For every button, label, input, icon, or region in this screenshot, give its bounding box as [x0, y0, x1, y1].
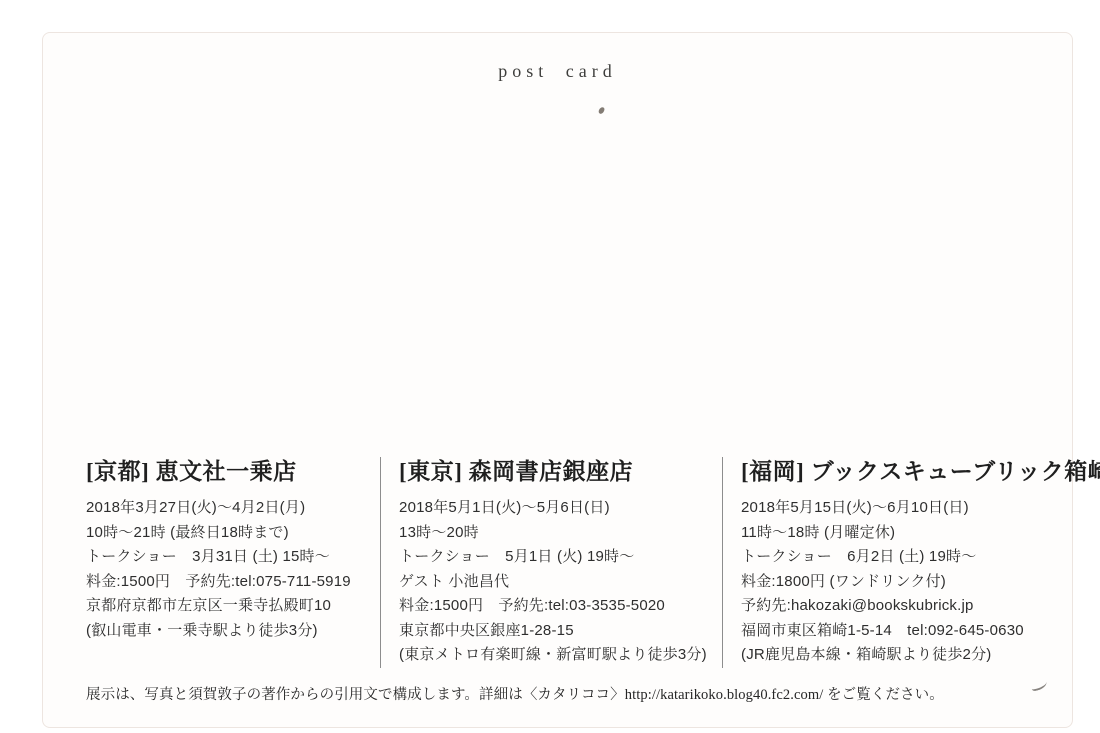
- venue-city-label: [東京]: [399, 459, 462, 484]
- venue-dates: 2018年5月15日(火)〜6月10日(日): [741, 496, 1066, 521]
- postcard-scan: post card [京都] 恵文社一乗店 2018年3月27日(火)〜4月2日…: [0, 0, 1100, 733]
- venue-reservation-email: 予約先:hakozaki@bookskubrick.jp: [741, 594, 1066, 619]
- venue-city-label: [福岡]: [741, 459, 804, 484]
- venue-hours: 11時〜18時 (月曜定休): [741, 521, 1066, 546]
- venue-address-tel: 福岡市東区箱崎1-5-14 tel:092-645-0630: [741, 619, 1066, 644]
- venue-fee-reservation: 料金:1500円 予約先:tel:03-3535-5020: [399, 594, 712, 619]
- venue-talkshow: トークショー 6月2日 (土) 19時〜: [741, 545, 1066, 570]
- venue-tokyo-heading: [東京] 森岡書店銀座店: [399, 457, 712, 487]
- venue-city-label: [京都]: [86, 459, 149, 484]
- venue-fukuoka-heading: [福岡] ブックスキューブリック箱崎店: [741, 457, 1066, 487]
- venue-fukuoka: [福岡] ブックスキューブリック箱崎店 2018年5月15日(火)〜6月10日(…: [722, 457, 1072, 668]
- venue-fee: 料金:1800円 (ワンドリンク付): [741, 570, 1066, 595]
- venue-tokyo: [東京] 森岡書店銀座店 2018年5月1日(火)〜5月6日(日) 13時〜20…: [380, 457, 722, 668]
- footer-note: 展示は、写真と須賀敦子の著作からの引用文で構成します。詳細は〈カタリココ〉htt…: [86, 683, 1052, 704]
- venue-columns: [京都] 恵文社一乗店 2018年3月27日(火)〜4月2日(月) 10時〜21…: [86, 457, 1072, 668]
- postcard: post card [京都] 恵文社一乗店 2018年3月27日(火)〜4月2日…: [42, 32, 1073, 728]
- venue-store-name: 恵文社一乗店: [156, 459, 297, 484]
- venue-guest: ゲスト 小池昌代: [399, 570, 712, 595]
- venue-kyoto-heading: [京都] 恵文社一乗店: [86, 457, 368, 487]
- venue-store-name: ブックスキューブリック箱崎店: [811, 459, 1100, 484]
- venue-dates: 2018年3月27日(火)〜4月2日(月): [86, 496, 368, 521]
- venue-address: 京都府京都市左京区一乗寺払殿町10: [86, 594, 368, 619]
- venue-access: (東京メトロ有楽町線・新富町駅より徒歩3分): [399, 643, 712, 668]
- venue-talkshow: トークショー 3月31日 (土) 15時〜: [86, 545, 368, 570]
- venue-dates: 2018年5月1日(火)〜5月6日(日): [399, 496, 712, 521]
- venue-fee-reservation: 料金:1500円 予約先:tel:075-711-5919: [86, 570, 368, 595]
- venue-address: 東京都中央区銀座1-28-15: [399, 619, 712, 644]
- scan-speck: [598, 106, 605, 114]
- venue-kyoto: [京都] 恵文社一乗店 2018年3月27日(火)〜4月2日(月) 10時〜21…: [86, 457, 380, 668]
- venue-hours: 10時〜21時 (最終日18時まで): [86, 521, 368, 546]
- venue-store-name: 森岡書店銀座店: [469, 459, 634, 484]
- venue-access: (叡山電車・一乗寺駅より徒歩3分): [86, 619, 368, 644]
- venue-hours: 13時〜20時: [399, 521, 712, 546]
- venue-access: (JR鹿児島本線・箱崎駅より徒歩2分): [741, 643, 1066, 668]
- venue-talkshow: トークショー 5月1日 (火) 19時〜: [399, 545, 712, 570]
- postcard-title: post card: [43, 61, 1072, 82]
